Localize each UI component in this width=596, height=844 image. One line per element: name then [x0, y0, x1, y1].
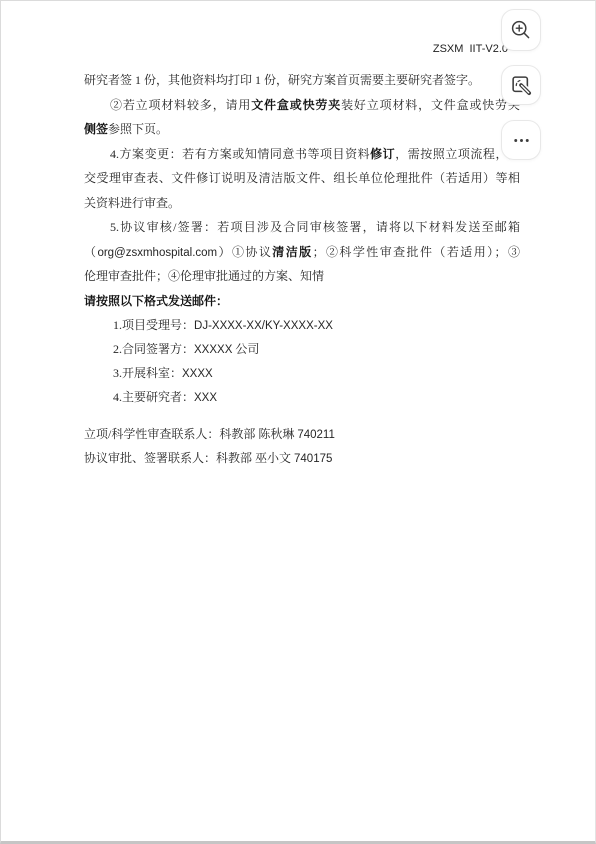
version-label: ZSXM IIT-V2.0	[433, 43, 508, 55]
text-line: 请按照以下格式发送邮件：	[84, 289, 520, 314]
text-segment: ）①协议	[217, 245, 272, 259]
text-line: （org@zsxmhospital.com）①协议清洁版；②科学性审查批件（若适…	[84, 240, 520, 265]
text-segment: 伦理审查批件；④伦理审批通过的方案、知情	[84, 269, 324, 283]
smart-annotate-button[interactable]	[501, 65, 541, 105]
text-segment: XXX	[194, 392, 217, 404]
text-segment: 清洁版	[272, 245, 312, 259]
text-segment: 5.协议审核/签署：若项目涉及合同审核签署，请将以下材料发送至邮箱	[110, 220, 520, 234]
text-segment: 2.合同签署方：	[113, 342, 194, 356]
text-segment: （	[84, 245, 97, 259]
text-segment: 740211	[297, 429, 335, 441]
magnifier-plus-icon	[509, 18, 533, 42]
text-segment: XXXXX	[194, 344, 232, 356]
more-options-button[interactable]	[501, 120, 541, 160]
text-segment: 参照下页。	[108, 122, 168, 136]
text-line: ②若立项材料较多，请用文件盒或快劳夹装好立项材料，文件盒或快劳夹	[84, 93, 520, 118]
text-segment: 请按照以下格式发送邮件：	[84, 294, 228, 308]
pen-select-icon	[510, 74, 533, 97]
text-segment: 修订	[370, 147, 395, 161]
text-line: 4.方案变更：若有方案或知情同意书等项目资料修订，需按照立项流程，递	[84, 142, 520, 167]
text-line: 5.协议审核/签署：若项目涉及合同审核签署，请将以下材料发送至邮箱	[84, 215, 520, 240]
text-line: 伦理审查批件；④伦理审批通过的方案、知情	[84, 264, 520, 289]
text-segment: 研究者签 1 份，其他资料均打印 1 份，研究方案首页需要主要研究者签字。	[84, 73, 480, 87]
ellipsis-icon	[510, 129, 533, 152]
text-line: 1.项目受理号：DJ-XXXX-XX/KY-XXXX-XX	[84, 313, 520, 337]
blank-line	[84, 409, 520, 423]
text-segment: 立项/科学性审查联系人：科教部 陈秋琳	[84, 427, 297, 441]
text-segment: 4.主要研究者：	[113, 390, 194, 404]
text-segment: 交受理审查表、文件修订说明及清洁版文件、组长单位伦理批件（若适用）等相	[84, 171, 520, 185]
document-body: 研究者签 1 份，其他资料均打印 1 份，研究方案首页需要主要研究者签字。②若立…	[84, 68, 520, 470]
text-line: 交受理审查表、文件修订说明及清洁版文件、组长单位伦理批件（若适用）等相	[84, 166, 520, 191]
text-segment: 装好立项材料，文件盒或快劳夹	[341, 98, 520, 112]
text-segment: DJ-XXXX-XX/KY-XXXX-XX	[194, 320, 333, 332]
text-segment: ；②科学性审查批件（若适用）；③	[313, 245, 520, 259]
zoom-in-button[interactable]	[501, 9, 541, 51]
text-segment: ②若立项材料较多，请用	[110, 98, 251, 112]
text-segment: 协议审批、签署联系人：科教部 巫小文	[84, 451, 294, 465]
document-page: ZSXM IIT-V2.0 研究者签 1 份，其他资料均打印 1 份，研究方案首…	[0, 0, 596, 844]
text-segment: 4.方案变更：若有方案或知情同意书等项目资料	[110, 147, 370, 161]
text-segment: 侧签	[84, 122, 108, 136]
text-segment: 公司	[232, 342, 259, 356]
text-segment: 3.开展科室：	[113, 366, 182, 380]
text-line: 4.主要研究者：XXX	[84, 385, 520, 409]
text-segment: 关资料进行审查。	[84, 196, 180, 210]
text-line: 研究者签 1 份，其他资料均打印 1 份，研究方案首页需要主要研究者签字。	[84, 68, 520, 93]
text-line: 2.合同签署方：XXXXX 公司	[84, 337, 520, 361]
text-line: 协议审批、签署联系人：科教部 巫小文 740175	[84, 447, 520, 471]
text-segment: 文件盒或快劳夹	[251, 98, 341, 112]
text-segment: XXXX	[182, 368, 213, 380]
text-line: 3.开展科室：XXXX	[84, 361, 520, 385]
text-segment: org@zsxmhospital.com	[97, 247, 217, 259]
text-line: 侧签参照下页。	[84, 117, 520, 142]
text-line: 关资料进行审查。	[84, 191, 520, 216]
text-line: 立项/科学性审查联系人：科教部 陈秋琳 740211	[84, 423, 520, 447]
text-segment: 740175	[294, 453, 332, 465]
text-segment: 1.项目受理号：	[113, 318, 194, 332]
